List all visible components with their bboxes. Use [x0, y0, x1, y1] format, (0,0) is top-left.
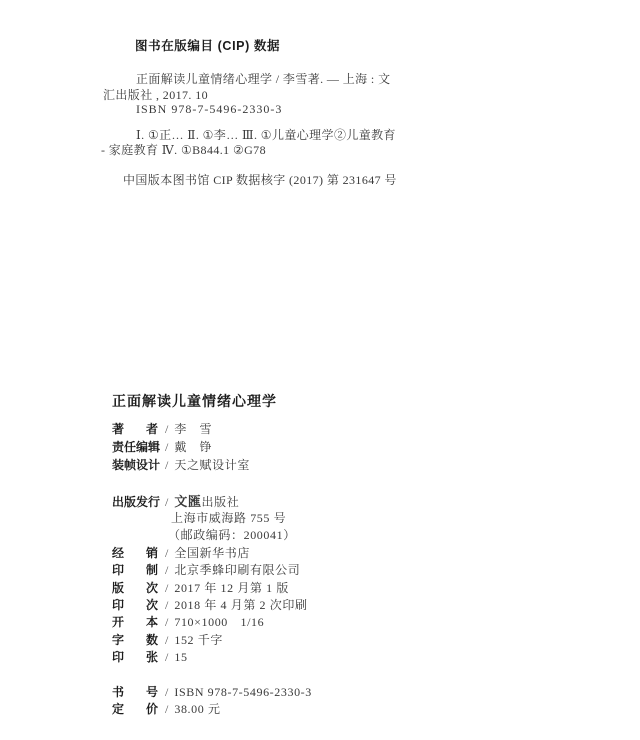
printing-label: 印制 [112, 561, 158, 578]
designer-value: 天之赋设计室 [174, 458, 250, 472]
publisher-logo: 文匯 [174, 494, 201, 509]
colophon-row-editor: 责任编辑/戴 铮 [112, 438, 212, 455]
colophon-row-word-count: 字数/152 千字 [112, 631, 223, 648]
separator: / [165, 563, 168, 578]
colophon-row-edition: 版次/2017 年 12 月第 1 版 [112, 579, 289, 596]
separator: / [165, 598, 168, 613]
separator: / [165, 702, 168, 717]
editor-label: 责任编辑 [112, 438, 158, 455]
editor-value: 戴 铮 [174, 440, 212, 454]
publisher-address-text: 上海市威海路 755 号 [171, 511, 286, 525]
impression-value: 2018 年 4 月第 2 次印刷 [174, 598, 307, 612]
price-value: 38.00 元 [174, 702, 220, 716]
format-label: 开本 [112, 613, 158, 630]
sheets-label: 印张 [112, 648, 158, 665]
isbn-value: ISBN 978-7-5496-2330-3 [174, 685, 312, 699]
cip-isbn-line: ISBN 978-7-5496-2330-3 [136, 102, 282, 117]
separator: / [165, 458, 168, 473]
separator: / [165, 685, 168, 700]
cip-classification-line2: - 家庭教育 Ⅳ. ①B844.1 ②G78 [101, 141, 266, 158]
publisher-name-rest: 出版社 [202, 495, 240, 509]
designer-label: 装帧设计 [112, 456, 158, 473]
colophon-row-price: 定价/38.00 元 [112, 700, 221, 717]
cip-title-statement-line2: 汇出版社 , 2017. 10 [103, 86, 208, 103]
word-count-label: 字数 [112, 631, 158, 648]
publisher-postcode: （邮政编码：200041） [112, 526, 296, 543]
isbn-label: 书号 [112, 683, 158, 700]
printing-value: 北京季蜂印刷有限公司 [174, 563, 300, 577]
edition-label: 版次 [112, 579, 158, 596]
author-value: 李 雪 [174, 422, 212, 436]
cip-registration-number: 中国版本图书馆 CIP 数据核字 (2017) 第 231647 号 [123, 171, 397, 188]
edition-value: 2017 年 12 月第 1 版 [174, 581, 289, 595]
separator: / [165, 422, 168, 437]
separator: / [165, 615, 168, 630]
separator: / [165, 633, 168, 648]
colophon-row-publisher: 出版发行/文匯出版社 [112, 491, 239, 508]
publisher-label: 出版发行 [112, 493, 158, 510]
colophon-row-impression: 印次/2018 年 4 月第 2 次印刷 [112, 596, 308, 613]
sheets-value: 15 [174, 650, 187, 664]
colophon-row-format: 开本/710×1000 1/16 [112, 613, 264, 630]
separator: / [165, 546, 168, 561]
separator: / [165, 581, 168, 596]
colophon-row-designer: 装帧设计/天之赋设计室 [112, 456, 250, 473]
colophon-row-isbn: 书号/ISBN 978-7-5496-2330-3 [112, 683, 312, 700]
colophon-row-printing: 印制/北京季蜂印刷有限公司 [112, 561, 300, 578]
distribution-label: 经销 [112, 544, 158, 561]
word-count-value: 152 千字 [174, 633, 223, 647]
impression-label: 印次 [112, 596, 158, 613]
colophon-row-sheets: 印张/15 [112, 648, 188, 665]
colophon-row-distribution: 经销/全国新华书店 [112, 544, 250, 561]
cip-title-statement-line1: 正面解读儿童情绪心理学 / 李雪著. — 上海 : 文 [136, 70, 390, 87]
copyright-page: 图书在版编目 (CIP) 数据 正面解读儿童情绪心理学 / 李雪著. — 上海 … [0, 0, 640, 740]
format-value: 710×1000 1/16 [174, 615, 264, 629]
price-label: 定价 [112, 700, 158, 717]
distribution-value: 全国新华书店 [174, 546, 250, 560]
separator: / [165, 650, 168, 665]
book-title: 正面解读儿童情绪心理学 [112, 391, 277, 411]
cip-heading: 图书在版编目 (CIP) 数据 [135, 36, 280, 54]
separator: / [165, 440, 168, 455]
colophon-row-author: 著者/李 雪 [112, 420, 212, 437]
publisher-postcode-text: （邮政编码：200041） [168, 528, 296, 542]
publisher-address: 上海市威海路 755 号 [112, 509, 286, 526]
separator: / [165, 495, 168, 510]
author-label: 著者 [112, 420, 158, 437]
